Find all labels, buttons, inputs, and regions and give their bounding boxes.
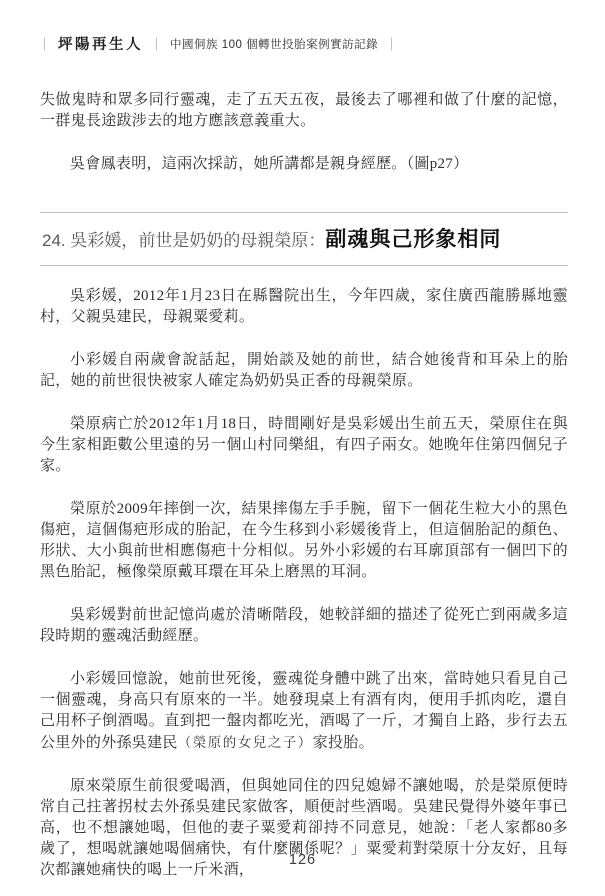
paragraph: 小彩媛自兩歲會說話起，開始談及她的前世，結合她後背和耳朵上的胎記，她的前世很快被… — [40, 350, 568, 392]
header-separator: ｜ — [38, 34, 51, 53]
page-number: 126 — [0, 852, 605, 868]
section-number: 24. — [42, 231, 66, 250]
header-separator: ｜ — [385, 34, 398, 53]
paragraph: 失做鬼時和眾多同行靈魂，走了五天五夜，最後去了哪裡和做了什麼的記憶，一群鬼長途跋… — [40, 90, 568, 132]
paragraph: 吳會鳳表明，這兩次採訪，她所講都是親身經歷。（圖p27） — [40, 154, 568, 175]
header-separator: ｜ — [150, 34, 163, 53]
paragraph: 小彩媛回憶說，她前世死後，靈魂從身體中跳了出來，當時她只看見自己一個靈魂，身高只… — [40, 669, 568, 754]
book-subtitle: 中國侗族 100 個轉世投胎案例實訪記錄 — [170, 36, 378, 52]
paragraph: 吳彩媛，2012年1月23日在縣醫院出生，今年四歲，家住廣西龍勝縣地靈村，父親吳… — [40, 286, 568, 328]
page-content: 失做鬼時和眾多同行靈魂，走了五天五夜，最後去了哪裡和做了什麼的記憶，一群鬼長途跋… — [40, 90, 568, 896]
paragraph: 榮原病亡於2012年1月18日，時間剛好是吳彩媛出生前五天，榮原住在與今生家相距… — [40, 414, 568, 477]
section-subtitle: 副魂與己形象相同 — [325, 228, 501, 251]
paragraph: 榮原於2009年摔倒一次，結果摔傷左手手腕，留下一個花生粒大小的黑色傷疤，這個傷… — [40, 499, 568, 583]
book-page: ｜ 坪陽再生人 ｜ 中國侗族 100 個轉世投胎案例實訪記錄 ｜ 失做鬼時和眾多… — [0, 0, 605, 896]
annotation-kai: （榮原的女兒之子） — [178, 735, 313, 750]
book-title: 坪陽再生人 — [58, 33, 143, 54]
section-title: 吳彩媛，前世是奶奶的母親榮原： — [66, 231, 326, 250]
running-head: ｜ 坪陽再生人 ｜ 中國侗族 100 個轉世投胎案例實訪記錄 ｜ — [38, 33, 398, 54]
paragraph-text: 家投胎。 — [313, 735, 374, 751]
section-heading: 24. 吳彩媛，前世是奶奶的母親榮原：副魂與己形象相同 — [40, 212, 568, 266]
paragraph: 吳彩媛對前世記憶尚處於清晰階段，她較詳細的描述了從死亡到兩歲多這段時期的靈魂活動… — [40, 605, 568, 647]
